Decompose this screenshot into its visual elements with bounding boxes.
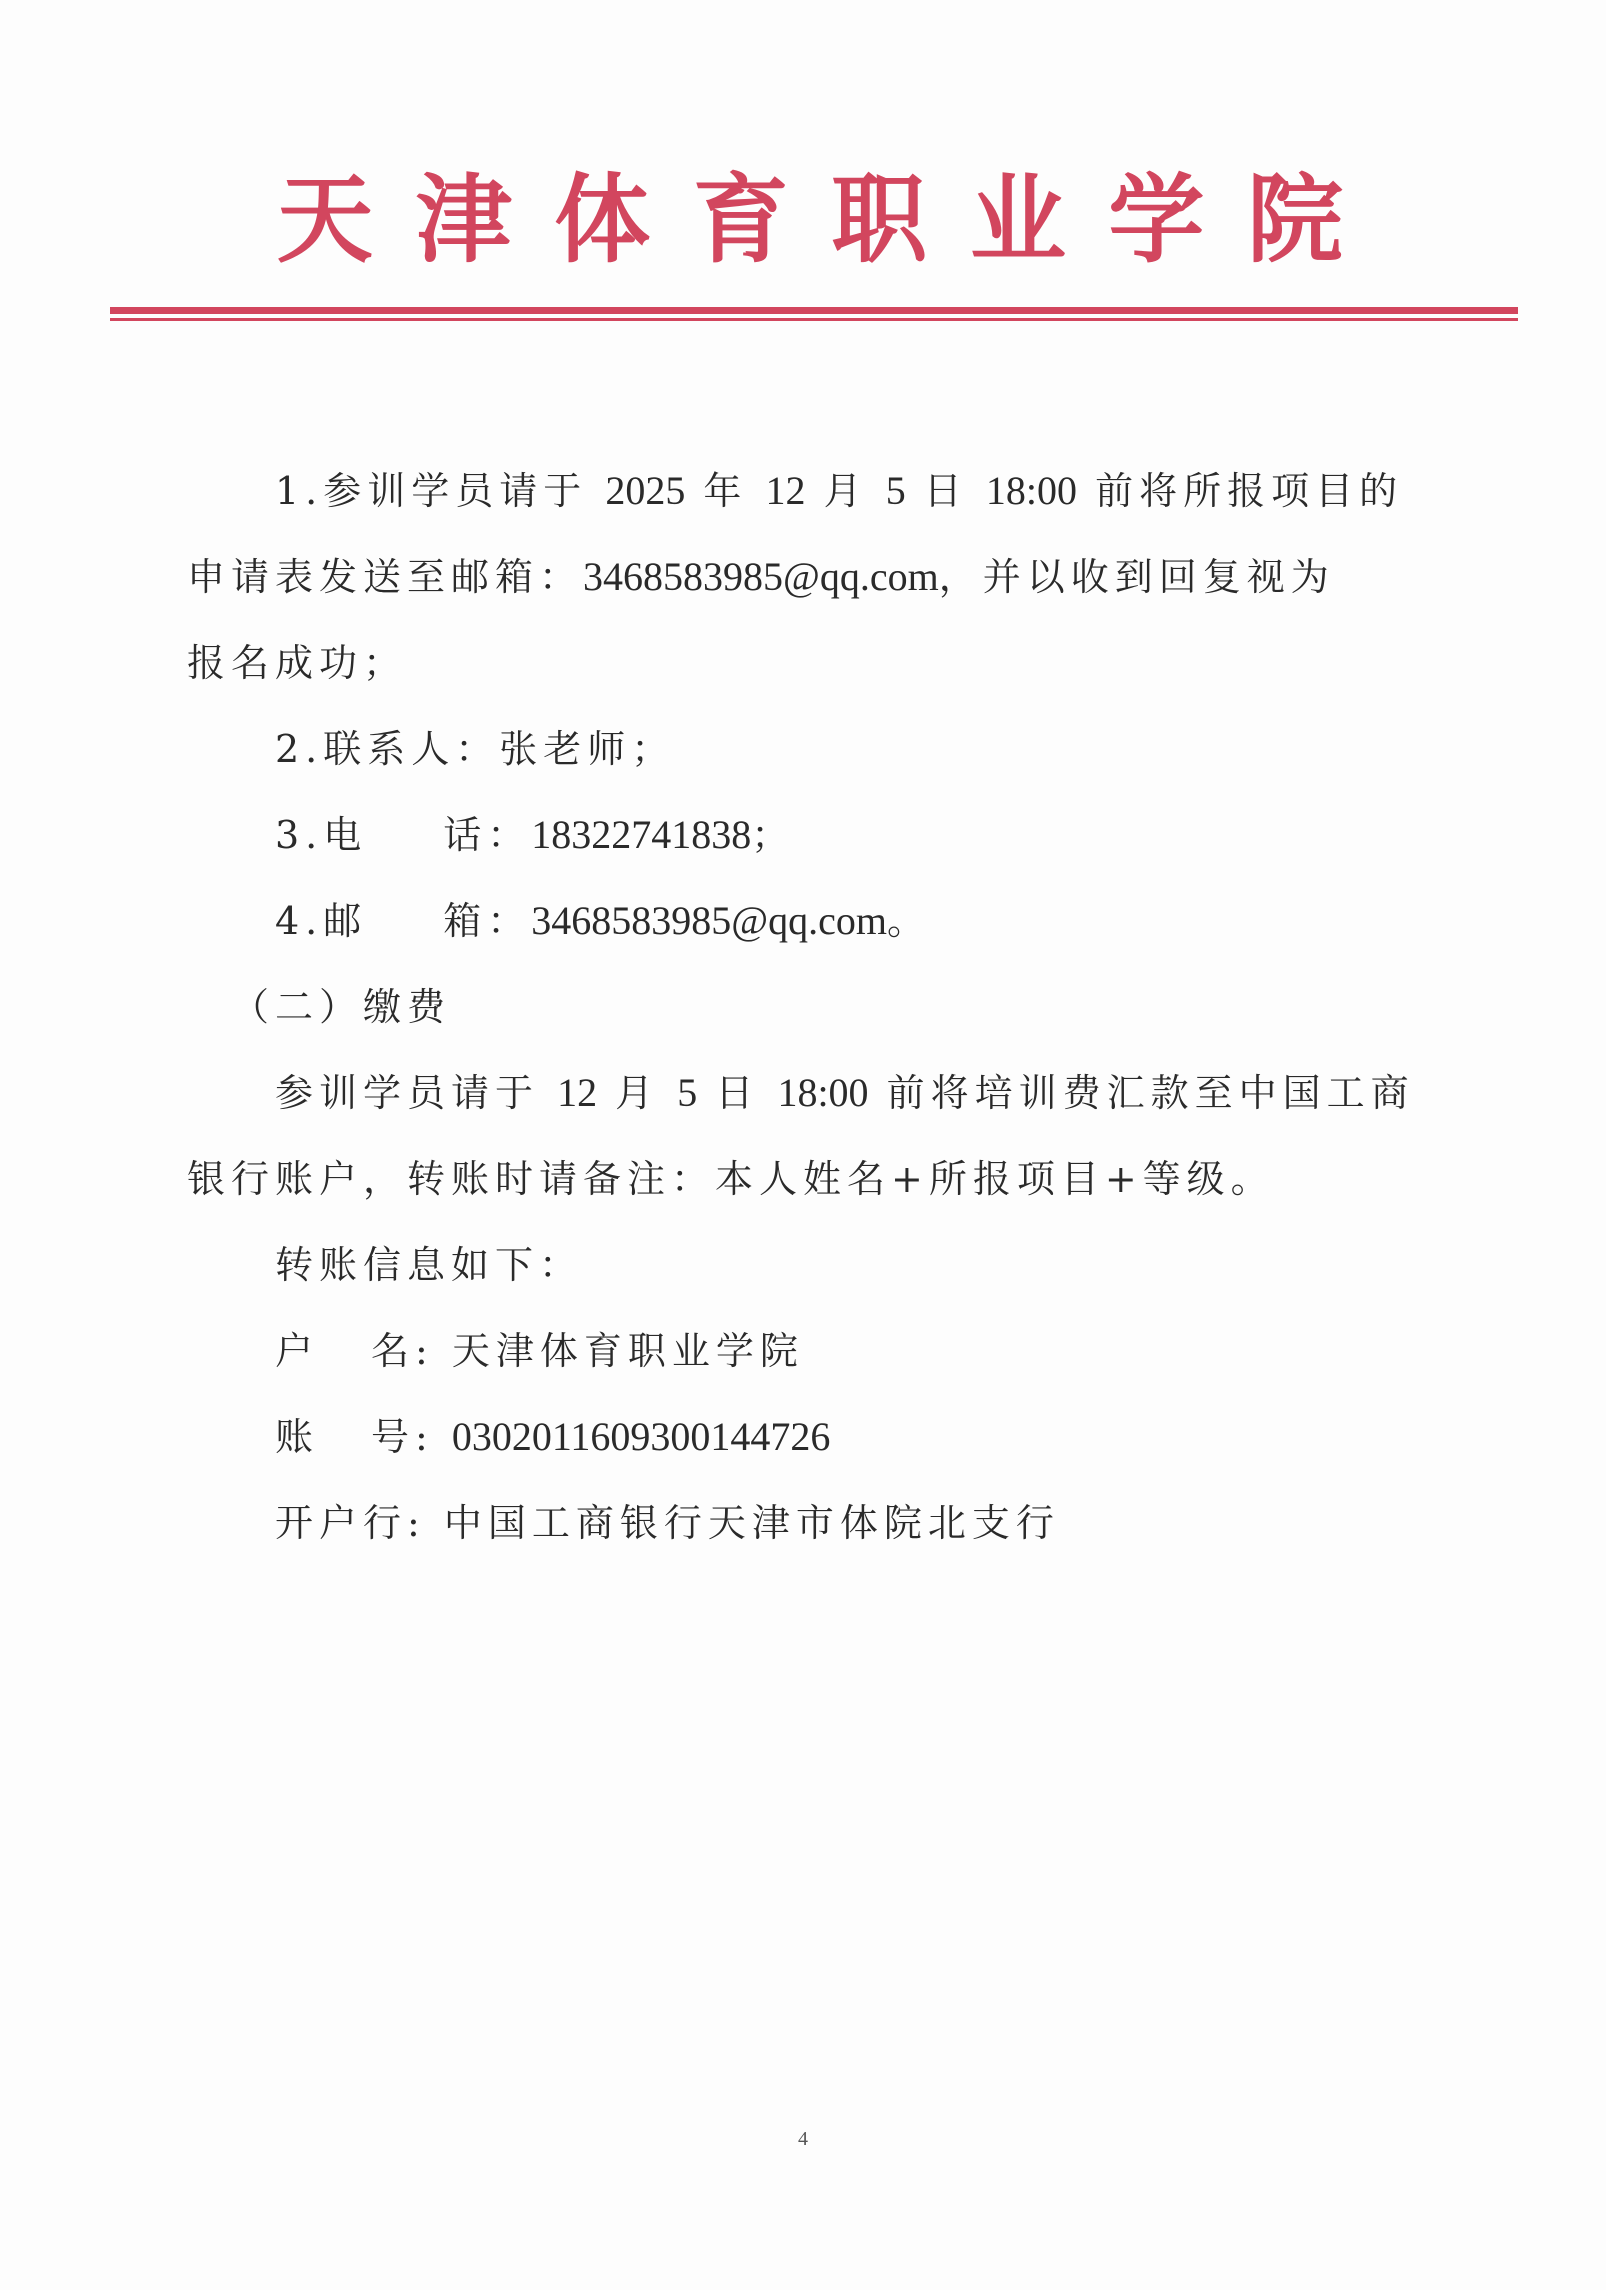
account-number-value: 0302011609300144726: [452, 1414, 831, 1459]
email-link[interactable]: 3468583985@qq.com: [583, 554, 939, 599]
month: 12: [766, 468, 806, 513]
section-heading-payment: （二）缴费: [187, 964, 1437, 1050]
letterhead-char: 业: [963, 172, 1073, 268]
account-name-value: 天津体育职业学院: [452, 1329, 804, 1373]
year: 2025: [605, 468, 685, 513]
registration-item-1-line-1: 1.参训学员请于 2025 年 12 月 5 日 18:00 前将所报项目的: [187, 448, 1437, 534]
payment-para-line-2: 银行账户，转账时请备注：本人姓名+所报项目+等级。: [187, 1136, 1437, 1222]
letterhead-char: 体: [547, 172, 657, 268]
transfer-info-heading: 转账信息如下：: [187, 1222, 1437, 1308]
registration-item-1-line-3: 报名成功；: [187, 620, 1437, 706]
contact-person: 2.联系人：张老师；: [187, 706, 1437, 792]
contact-label: 2.联系人：: [275, 727, 499, 771]
letterhead-char: 职: [824, 172, 934, 268]
letterhead-divider-thick: [110, 307, 1518, 314]
registration-item-1-line-2: 申请表发送至邮箱：3468583985@qq.com，并以收到回复视为: [187, 534, 1437, 620]
document-page: 天 津 体 育 职 业 学 院 1.参训学员请于 2025 年 12 月 5 日…: [0, 0, 1606, 2290]
account-number: 账号: 0302011609300144726: [187, 1394, 1437, 1480]
contact-value: 张老师；: [499, 727, 675, 771]
payment-para-line-1: 参训学员请于 12 月 5 日 18:00 前将培训费汇款至中国工商: [187, 1050, 1437, 1136]
letterhead-char: 津: [409, 172, 519, 268]
bank-branch: 开户行: 中国工商银行天津市体院北支行: [187, 1480, 1437, 1566]
phone-number: 18322741838: [531, 812, 751, 857]
page-number: 4: [0, 2128, 1606, 2151]
day: 5: [886, 468, 906, 513]
bank-branch-value: 中国工商银行天津市体院北支行: [444, 1501, 1060, 1545]
deadline-time: 18:00: [986, 468, 1077, 513]
letterhead-char: 院: [1240, 172, 1350, 268]
letterhead-char: 育: [686, 172, 796, 268]
contact-phone: 3.电话：18322741838；: [187, 792, 1437, 878]
contact-email: 4.邮箱：3468583985@qq.com。: [187, 878, 1437, 964]
letterhead-char: 学: [1101, 172, 1211, 268]
letterhead-divider-thin: [110, 318, 1518, 321]
letterhead-title: 天 津 体 育 职 业 学 院: [270, 160, 1350, 280]
letterhead-char: 天: [270, 172, 380, 268]
document-body: 1.参训学员请于 2025 年 12 月 5 日 18:00 前将所报项目的 申…: [187, 448, 1437, 1566]
email-link[interactable]: 3468583985@qq.com: [531, 898, 887, 943]
account-name: 户名: 天津体育职业学院: [187, 1308, 1437, 1394]
